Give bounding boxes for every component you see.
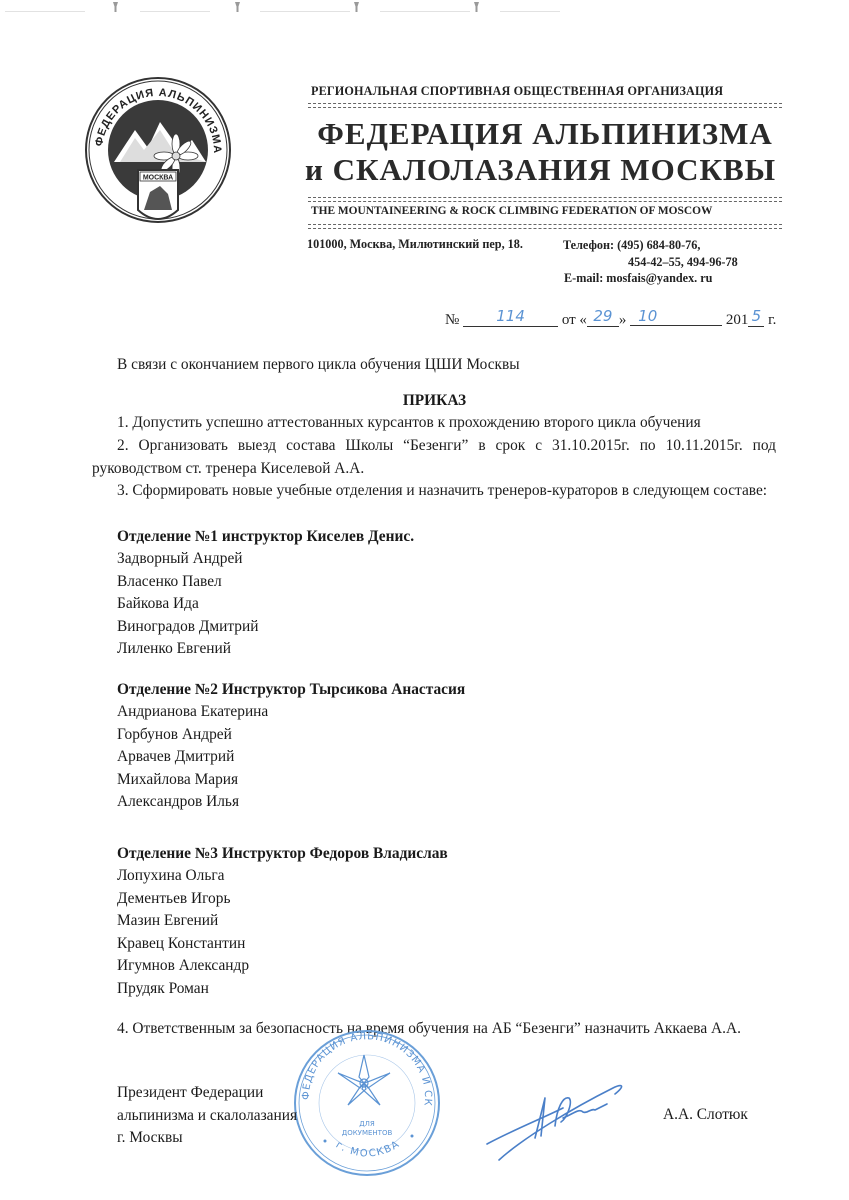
list-item: Александров Илья — [117, 791, 465, 814]
document-number-line: № 114 от «29» 10 2015 г. — [445, 310, 776, 329]
list-item: Задворный Андрей — [117, 548, 414, 571]
signatory-name: А.А. Слотюк — [663, 1106, 748, 1124]
address: 101000, Москва, Милютинский пер, 18. — [307, 237, 523, 252]
title-line-2: и СКАЛОЛАЗАНИЯ МОСКВЫ — [305, 152, 785, 188]
svg-text:г. МОСКВА: г. МОСКВА — [334, 1138, 403, 1159]
year-unit: г. — [768, 312, 776, 328]
stamp-center-line-2: ДОКУМЕНТОВ — [342, 1129, 393, 1137]
list-item: Игумнов Александр — [117, 955, 448, 978]
list-item: Прудяк Роман — [117, 978, 448, 1001]
list-item: Михайлова Мария — [117, 769, 465, 792]
organization-title-en: THE MOUNTAINEERING & ROCK CLIMBING FEDER… — [311, 205, 712, 217]
list-item: Лиленко Евгений — [117, 638, 414, 661]
number-value: 114 — [496, 307, 525, 325]
handwritten-signature-icon — [483, 1078, 633, 1168]
group-heading: Отделение №2 Инструктор Тырсикова Анаста… — [117, 679, 465, 701]
list-item: Горбунов Андрей — [117, 724, 465, 747]
year-field: 5 — [748, 310, 764, 327]
phone-label: Телефон: — [563, 238, 614, 252]
date-close: » — [619, 312, 627, 328]
email: E-mail: mosfais@yandex. ru — [564, 271, 712, 286]
list-item: Кравец Константин — [117, 933, 448, 956]
scan-mark-icon — [474, 2, 479, 12]
month-field: 10 — [630, 310, 722, 326]
group-1: Отделение №1 инструктор Киселев Денис. З… — [117, 526, 414, 661]
group-3: Отделение №3 Инструктор Федоров Владисла… — [117, 843, 448, 1001]
organization-title: ФЕДЕРАЦИЯ АЛЬПИНИЗМА и СКАЛОЛАЗАНИЯ МОСК… — [305, 116, 785, 188]
list-item: Виноградов Дмитрий — [117, 616, 414, 639]
scan-mark-icon — [354, 2, 359, 12]
stamp-ring-text: ФЕДЕРАЦИЯ АЛЬПИНИЗМА И СКАЛОЛАЗАНИЯ — [292, 1028, 433, 1107]
date-from-label: от « — [562, 312, 587, 328]
order-item-1: 1. Допустить успешно аттестованных курса… — [92, 412, 776, 435]
phone-block: Телефон: (495) 684-80-76, 454-42–55, 494… — [563, 237, 738, 271]
header-divider — [308, 103, 782, 108]
phone-1: (495) 684-80-76, — [617, 238, 700, 252]
number-field: 114 — [463, 310, 558, 327]
position-line-1: Президент Федерации — [117, 1082, 297, 1105]
month-value: 10 — [638, 307, 657, 325]
signatory-position: Президент Федерации альпинизма и скалола… — [117, 1082, 297, 1150]
list-item: Арвачев Дмитрий — [117, 746, 465, 769]
order-item-2: 2. Организовать выезд состава Школы “Без… — [92, 435, 776, 480]
day-field: 29 — [587, 310, 619, 327]
list-item: Мазин Евгений — [117, 910, 448, 933]
scan-mark-icon — [113, 2, 118, 12]
list-item: Байкова Ида — [117, 593, 414, 616]
list-item: Андрианова Екатерина — [117, 701, 465, 724]
scan-marks — [0, 0, 849, 20]
position-line-2: альпинизма и скалолазания — [117, 1105, 297, 1128]
header-divider — [308, 197, 782, 202]
year-suffix-value: 5 — [752, 307, 762, 325]
number-label: № — [445, 312, 459, 328]
group-heading: Отделение №1 инструктор Киселев Денис. — [117, 526, 414, 548]
order-item-3: 3. Сформировать новые учебные отделения … — [92, 480, 776, 503]
federation-emblem-icon: ФЕДЕРАЦИЯ АЛЬПИНИЗМА И СКАЛОЛАЗАНИЯ МОСК… — [80, 70, 236, 236]
position-line-3: г. Москвы — [117, 1127, 297, 1150]
list-item: Дементьев Игорь — [117, 888, 448, 911]
title-line-1: ФЕДЕРАЦИЯ АЛЬПИНИЗМА — [305, 116, 785, 152]
round-stamp-icon: ФЕДЕРАЦИЯ АЛЬПИНИЗМА И СКАЛОЛАЗАНИЯ ДЛЯ … — [292, 1028, 442, 1178]
header-divider — [308, 224, 782, 229]
stamp-center-line-1: ДЛЯ — [359, 1120, 375, 1128]
svg-text:МОСКВА: МОСКВА — [143, 175, 173, 182]
scan-mark-icon — [235, 2, 240, 12]
list-item: Власенко Павел — [117, 571, 414, 594]
intro-text: В связи с окончанием первого цикла обуче… — [117, 354, 520, 377]
day-value: 29 — [593, 307, 612, 325]
group-2: Отделение №2 Инструктор Тырсикова Анаста… — [117, 679, 465, 814]
phone-2: 454-42–55, 494-96-78 — [563, 254, 738, 271]
organization-type: РЕГИОНАЛЬНАЯ СПОРТИВНАЯ ОБЩЕСТВЕННАЯ ОРГ… — [311, 84, 781, 99]
stamp-bottom-text: г. МОСКВА — [334, 1138, 403, 1159]
list-item: Лопухина Ольга — [117, 865, 448, 888]
svg-text:ФЕДЕРАЦИЯ АЛЬПИНИЗМА И СКАЛОЛА: ФЕДЕРАЦИЯ АЛЬПИНИЗМА И СКАЛОЛАЗАНИЯ — [292, 1028, 433, 1107]
group-heading: Отделение №3 Инструктор Федоров Владисла… — [117, 843, 448, 865]
year-prefix: 201 — [726, 312, 749, 328]
order-title: ПРИКАЗ — [0, 392, 849, 410]
